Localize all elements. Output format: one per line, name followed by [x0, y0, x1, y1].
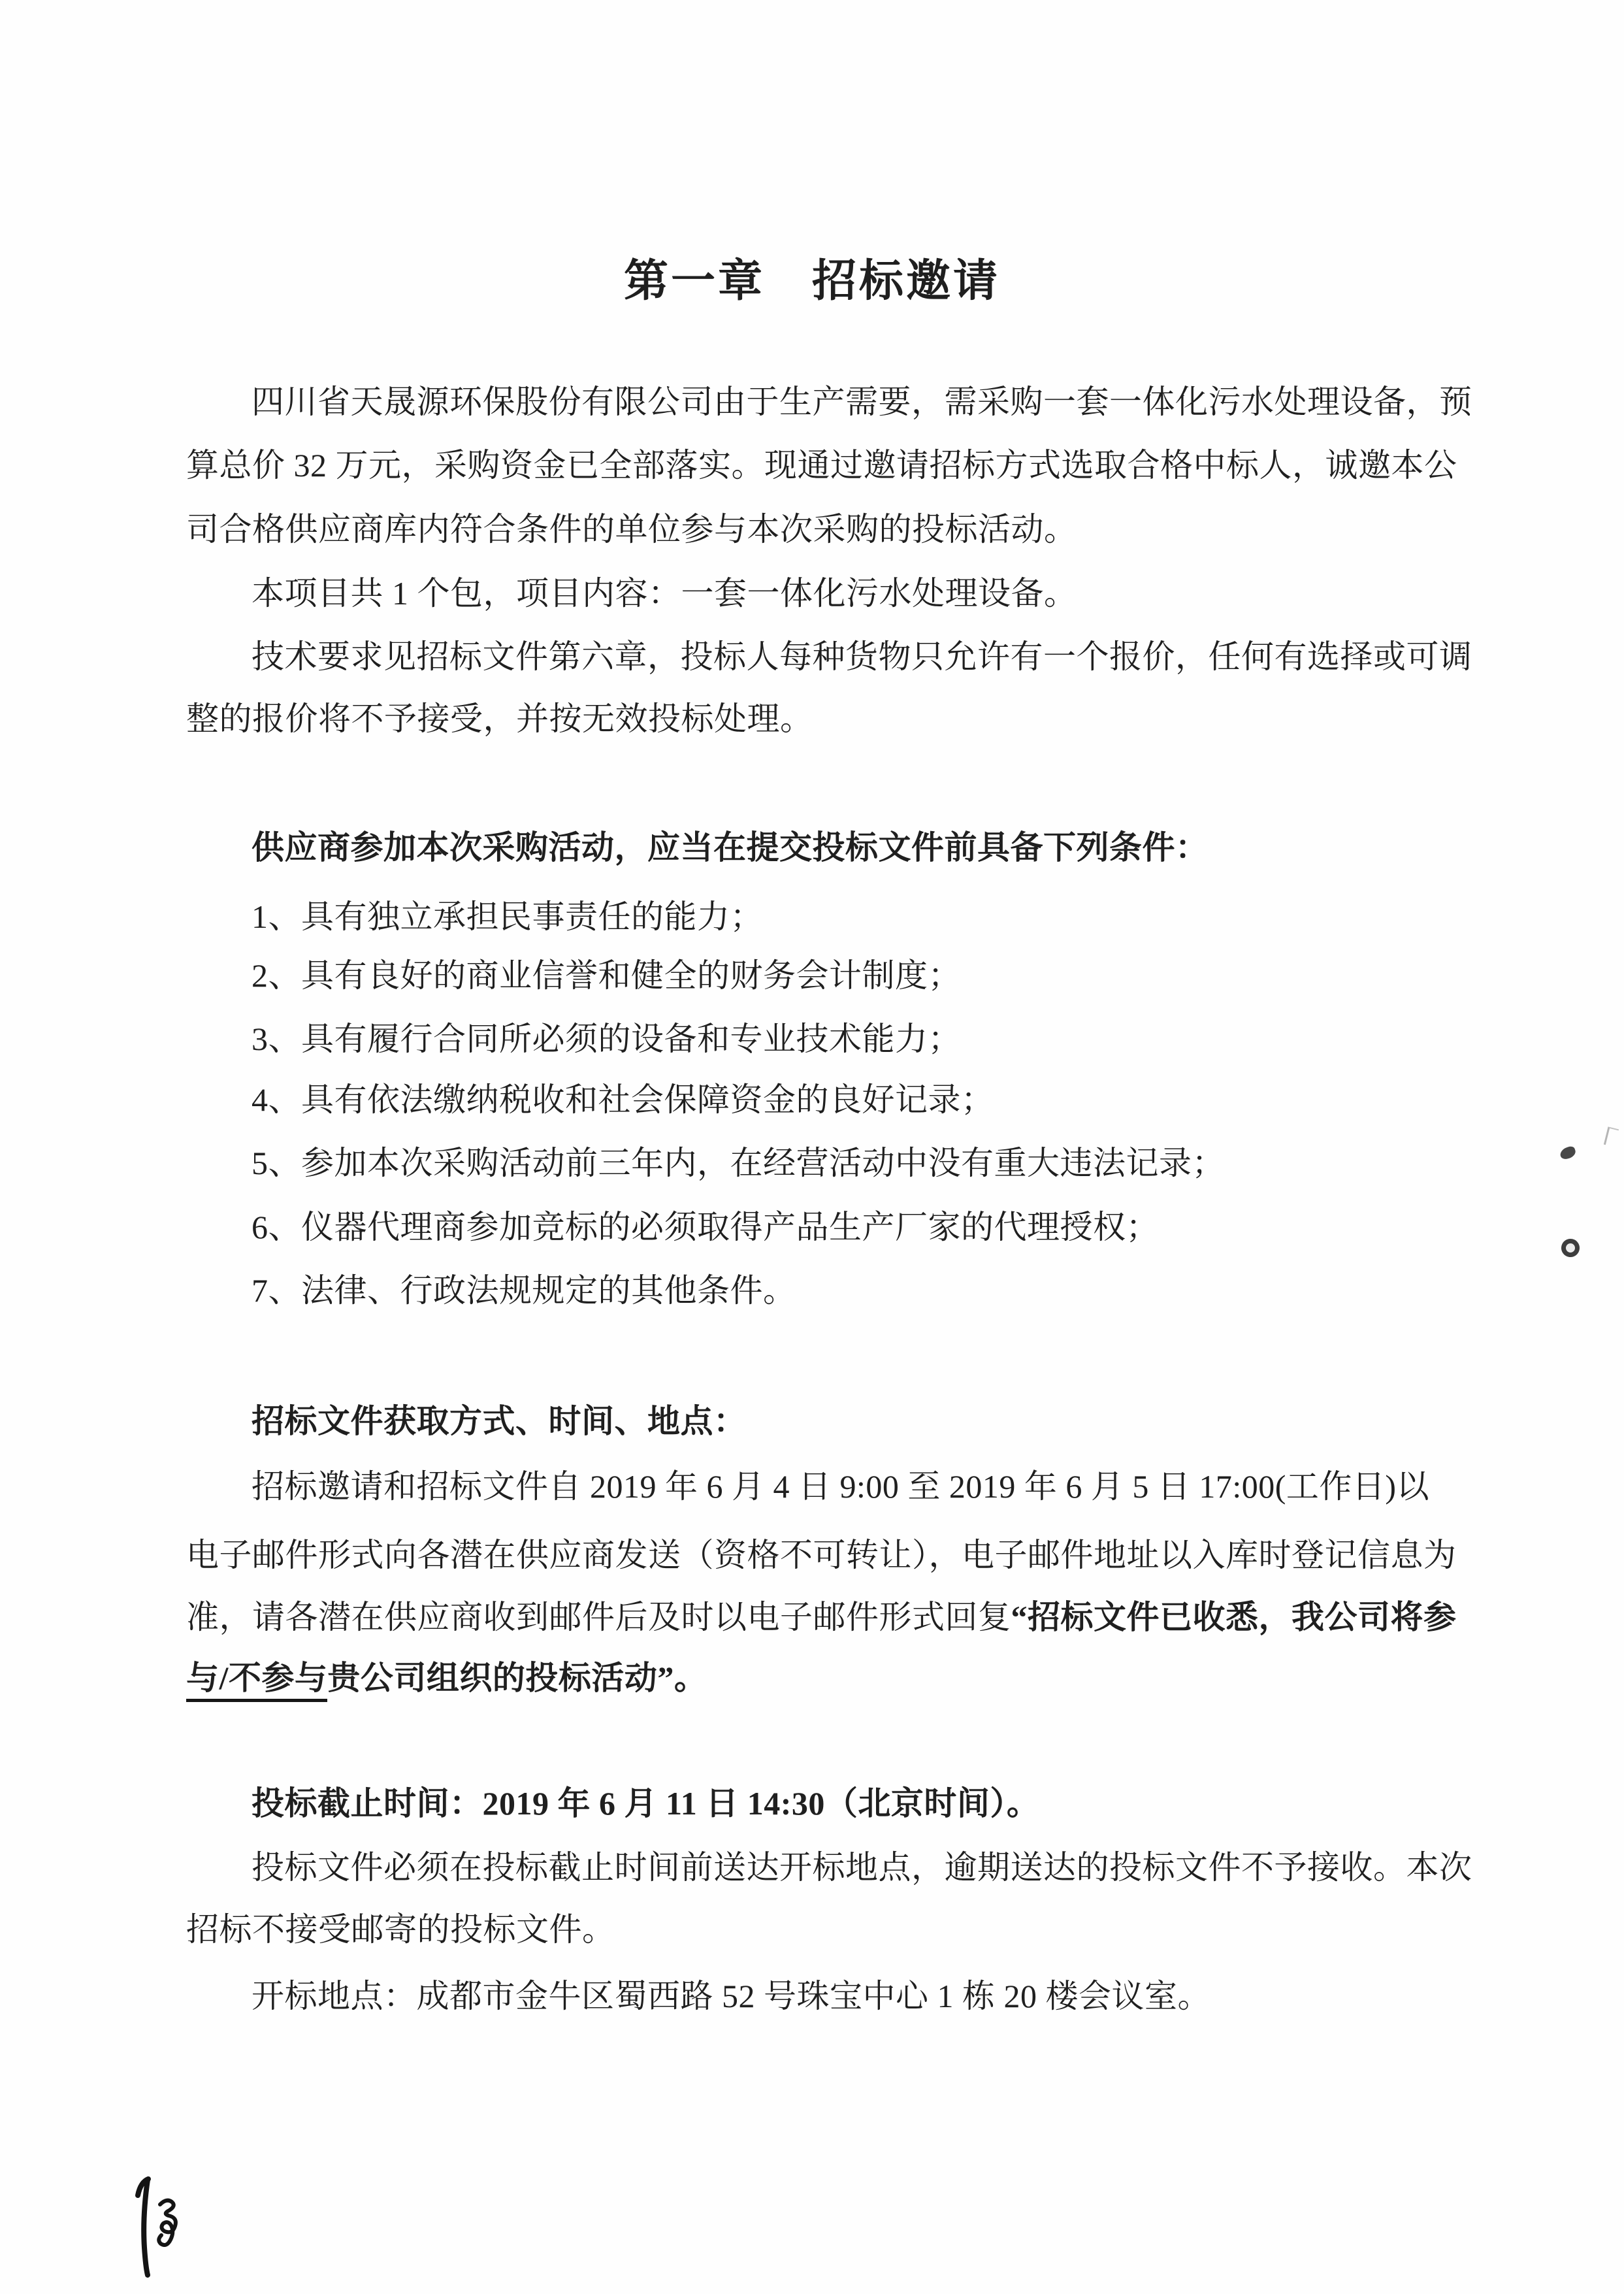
para-intro-line-3: 司合格供应商库内符合条件的单位参与本次采购的投标活动。	[186, 510, 1077, 549]
handwritten-mark	[120, 2171, 191, 2283]
para-doc-obtain-line-4: 与/不参与贵公司组织的投标活动”。	[186, 1658, 707, 1697]
condition-item-6: 6、仪器代理商参加竞标的必须取得产品生产厂家的代理授权；	[252, 1207, 1159, 1247]
condition-item-5: 5、参加本次采购活动前三年内，在经营活动中没有重大违法记录；	[252, 1143, 1225, 1183]
para-package-line: 本项目共 1 个包，项目内容：一套一体化污水处理设备。	[252, 574, 1077, 613]
para-doc-obtain-line-3: 准，请各潜在供应商收到邮件后及时以电子邮件形式回复“招标文件已收悉，我公司将参	[186, 1598, 1457, 1637]
condition-item-1: 1、具有独立承担民事责任的能力；	[252, 897, 763, 936]
open-bid-location-line: 开标地点：成都市金牛区蜀西路 52 号珠宝中心 1 栋 20 楼会议室。	[252, 1976, 1210, 2016]
para-submission-line-1: 投标文件必须在投标截止时间前送达开标地点，逾期送达的投标文件不予接收。本次	[252, 1848, 1472, 1887]
condition-item-4: 4、具有依法缴纳税收和社会保障资金的良好记录；	[252, 1080, 994, 1119]
scan-speck-ring	[1559, 1237, 1581, 1258]
chapter-title: 第一章 招标邀请	[0, 246, 1624, 309]
participate-bold-segment: 贵公司组织的投标活动”。	[327, 1660, 707, 1696]
heading-supplier-conditions: 供应商参加本次采购活动，应当在提交投标文件前具备下列条件：	[252, 828, 1209, 867]
para-submission-line-2: 招标不接受邮寄的投标文件。	[186, 1910, 615, 1949]
scan-speck-scratch	[1604, 1126, 1619, 1147]
condition-item-7: 7、法律、行政法规规定的其他条件。	[252, 1271, 796, 1310]
heading-doc-obtain: 招标文件获取方式、时间、地点：	[252, 1401, 747, 1441]
doc-obtain-normal-segment: 准，请各潜在供应商收到邮件后及时以电子邮件形式回复	[186, 1599, 1011, 1635]
participate-underlined-segment: 与/不参与	[186, 1660, 327, 1702]
condition-item-3: 3、具有履行合同所必须的设备和专业技术能力；	[252, 1019, 961, 1058]
para-doc-obtain-line-2: 电子邮件形式向各潜在供应商发送（资格不可转让），电子邮件地址以入库时登记信息为	[186, 1535, 1457, 1575]
para-intro-line-1: 四川省天晟源环保股份有限公司由于生产需要，需采购一套一体化污水处理设备，预	[252, 382, 1472, 421]
condition-item-2: 2、具有良好的商业信誉和健全的财务会计制度；	[252, 956, 961, 995]
deadline-line: 投标截止时间：2019 年 6 月 11 日 14:30（北京时间）。	[252, 1784, 1039, 1823]
scan-speck-comma	[1559, 1145, 1577, 1161]
document-page: 第一章 招标邀请 四川省天晟源环保股份有限公司由于生产需要，需采购一套一体化污水…	[0, 0, 1624, 2294]
para-intro-line-2: 算总价 32 万元，采购资金已全部落实。现通过邀请招标方式选取合格中标人，诚邀本…	[186, 446, 1457, 485]
para-technical-line-2: 整的报价将不予接受，并按无效投标处理。	[186, 699, 813, 738]
para-doc-obtain-line-1: 招标邀请和招标文件自 2019 年 6 月 4 日 9:00 至 2019 年 …	[252, 1467, 1429, 1506]
para-technical-line-1: 技术要求见招标文件第六章，投标人每种货物只允许有一个报价，任何有选择或可调	[252, 637, 1472, 676]
doc-obtain-bold-segment: “招标文件已收悉，我公司将参	[1011, 1599, 1457, 1635]
